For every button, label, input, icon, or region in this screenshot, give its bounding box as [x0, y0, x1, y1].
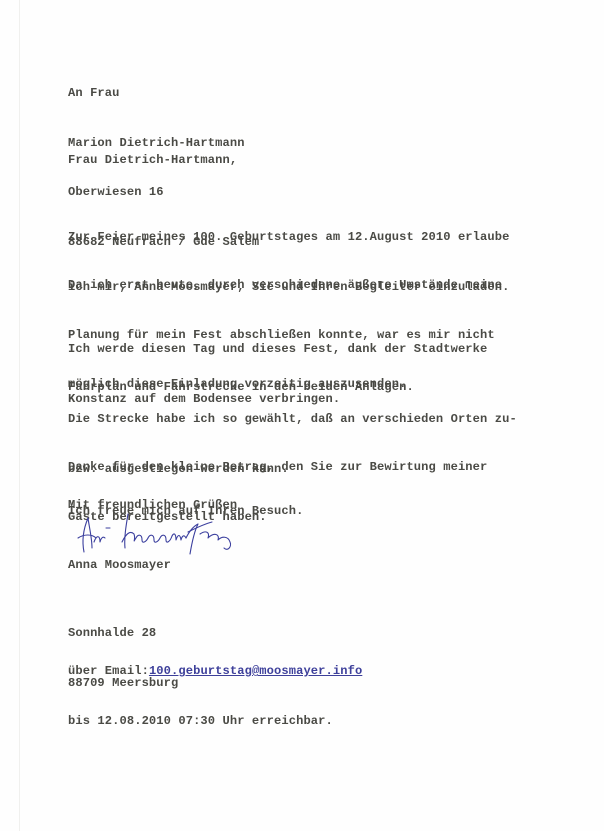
recipient-line: An Frau	[68, 85, 259, 102]
email-prefix: über Email:	[68, 664, 149, 678]
letter-page: An Frau Marion Dietrich-Hartmann Oberwie…	[0, 0, 604, 831]
sender-name: Anna Moosmayer	[68, 557, 171, 574]
email-link[interactable]: 100.geburtstag@moosmayer.info	[149, 664, 362, 678]
contact-info: über Email:100.geburtstag@moosmayer.info…	[68, 630, 362, 762]
salutation: Frau Dietrich-Hartmann,	[68, 152, 237, 169]
recipient-line: Marion Dietrich-Hartmann	[68, 135, 259, 152]
text-line: Da ich erst heute, durch verschiedene äu…	[68, 277, 502, 294]
email-line: über Email:100.geburtstag@moosmayer.info	[68, 663, 362, 680]
availability-note: bis 12.08.2010 07:30 Uhr erreichbar.	[68, 713, 362, 730]
scan-edge	[19, 0, 20, 831]
handwritten-signature-icon	[70, 512, 245, 556]
